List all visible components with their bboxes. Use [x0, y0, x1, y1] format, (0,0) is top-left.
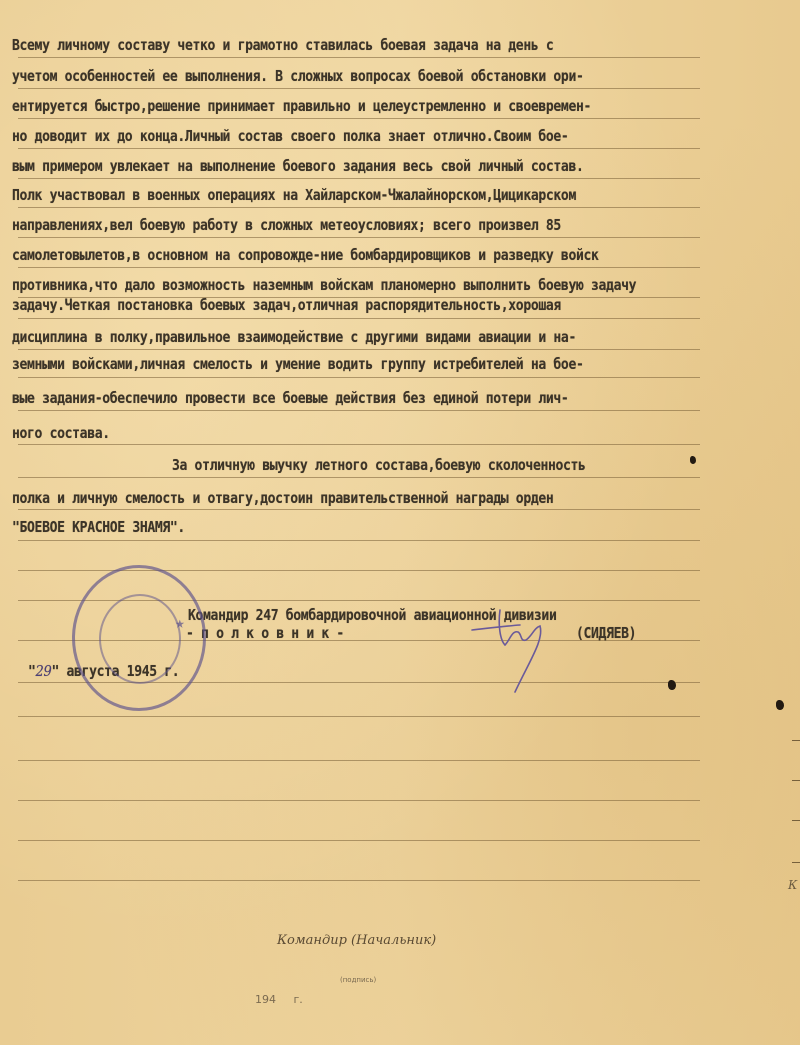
text-line: самолетовылетов,в основном на сопровожде…	[12, 246, 599, 264]
ruled-line	[18, 540, 700, 541]
edge-tick	[792, 780, 800, 781]
text-line: Полк участвовал в военных операциях на Х…	[12, 186, 576, 204]
ink-spot	[668, 680, 676, 690]
text-line: учетом особенностей ее выполнения. В сло…	[12, 67, 583, 85]
ruled-line	[18, 760, 700, 761]
ruled-line	[18, 410, 700, 411]
year-suffix: г.	[294, 993, 303, 1006]
text-line: ного состава.	[12, 424, 110, 442]
text-line: но доводит их до конца.Личный состав сво…	[12, 127, 568, 145]
handwritten-signature	[470, 600, 550, 700]
ruled-line	[18, 377, 700, 378]
ink-spot	[776, 700, 784, 710]
year-field: 194 г.	[255, 993, 303, 1006]
date-day: 29	[36, 662, 52, 680]
document-page: Всему личному составу четко и грамотно с…	[0, 0, 800, 1045]
text-line: противника,что дало возможность наземным…	[12, 276, 636, 294]
edge-tick	[792, 862, 800, 863]
text-line: земными войсками,личная смелость и умени…	[12, 355, 583, 373]
ruled-line	[18, 477, 700, 478]
ruled-line	[18, 148, 700, 149]
margin-mark: К	[788, 878, 797, 892]
conclusion-line: "БОЕВОЕ КРАСНОЕ ЗНАМЯ".	[12, 518, 185, 536]
ruled-line	[18, 840, 700, 841]
commander-label: Командир (Начальник)	[277, 933, 436, 948]
conclusion-line: полка и личную смелость и отвагу,достоин…	[12, 489, 553, 507]
conclusion-line: За отличную выучку летного состава,боеву…	[172, 456, 586, 474]
ruled-line	[18, 800, 700, 801]
ruled-line	[18, 178, 700, 179]
ruled-line	[18, 509, 700, 510]
text-line: дисциплина в полку,правильное взаимодейс…	[12, 328, 576, 346]
ruled-line	[18, 88, 700, 89]
signature-name: (СИДЯЕВ)	[576, 624, 636, 642]
official-stamp: ★	[72, 565, 206, 711]
ruled-line	[18, 267, 700, 268]
ruled-line	[18, 444, 700, 445]
ruled-line	[18, 207, 700, 208]
edge-tick	[792, 820, 800, 821]
text-line: ентируется быстро,решение принимает прав…	[12, 97, 591, 115]
ruled-line	[18, 318, 700, 319]
signature-rank: - п о л к о в н и к -	[186, 624, 344, 642]
text-line: Всему личному составу четко и грамотно с…	[12, 36, 553, 54]
text-line: задачу.Четкая постановка боевых задач,от…	[12, 296, 561, 314]
ruled-line	[18, 880, 700, 881]
ruled-line	[18, 57, 700, 58]
ruled-line	[18, 237, 700, 238]
stamp-emblem	[99, 594, 181, 684]
ink-spot	[690, 456, 696, 464]
edge-tick	[792, 740, 800, 741]
text-line: вым примером увлекает на выполнение боев…	[12, 157, 583, 175]
ruled-line	[18, 349, 700, 350]
signature-caption: (подпись)	[340, 976, 376, 984]
text-line: направлениях,вел боевую работу в сложных…	[12, 216, 561, 234]
text-line: вые задания-обеспечило провести все боев…	[12, 389, 568, 407]
ruled-line	[18, 716, 700, 717]
star-icon: ★	[175, 613, 185, 632]
year-prefix: 194	[255, 993, 276, 1006]
ruled-line	[18, 118, 700, 119]
